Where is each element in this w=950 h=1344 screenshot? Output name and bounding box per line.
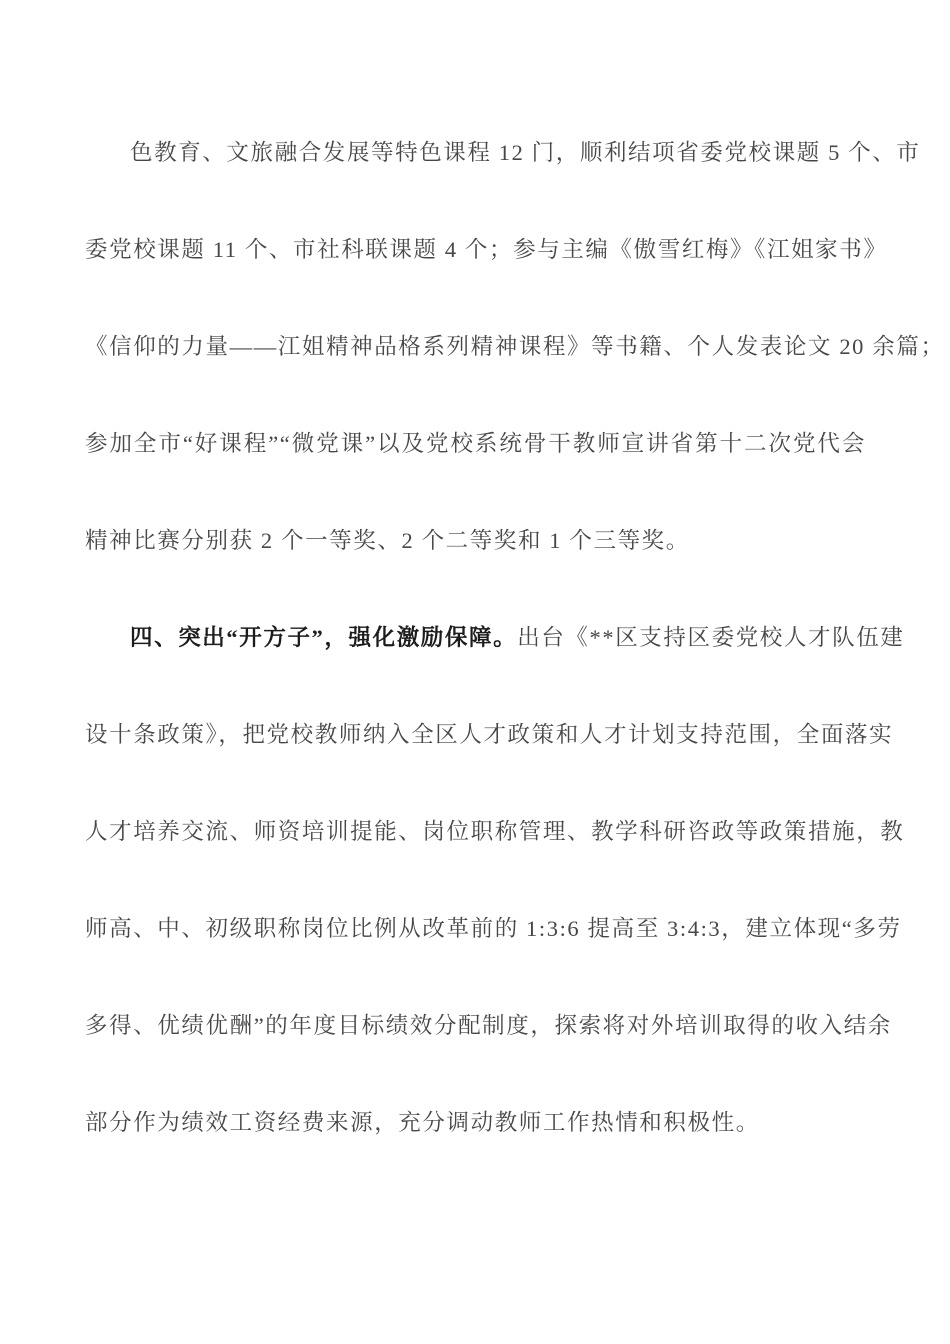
text-line: 人才培养交流、师资培训提能、岗位职称管理、教学科研咨政等政策措施，教 <box>85 783 866 880</box>
body-text-segment: 参加全市“好课程”“微党课”以及党校系统骨干教师宣讲省第十二次党代会 <box>85 431 866 456</box>
body-text-segment: 设十条政策》，把党校教师纳入全区人才政策和人才计划支持范围，全面落实 <box>85 722 893 747</box>
text-line: 精神比赛分别获 2 个一等奖、2 个二等奖和 1 个三等奖。 <box>85 492 866 589</box>
body-text-segment: 委党校课题 11 个、市社科联课题 4 个；参与主编《傲雪红梅》《江姐家书》 <box>85 237 887 262</box>
body-text-segment: 出台《**区支持区委党校人才队伍建 <box>517 625 904 650</box>
document-body: 色教育、文旅融合发展等特色课程 12 门，顺利结项省委党校课题 5 个、市委党校… <box>85 104 866 1171</box>
paragraph-section-four-incentives: 四、突出“开方子”，强化激励保障。出台《**区支持区委党校人才队伍建设十条政策》… <box>85 589 866 1171</box>
document-page: 色教育、文旅融合发展等特色课程 12 门，顺利结项省委党校课题 5 个、市委党校… <box>0 0 950 1344</box>
text-line: 四、突出“开方子”，强化激励保障。出台《**区支持区委党校人才队伍建 <box>85 589 866 686</box>
text-line: 色教育、文旅融合发展等特色课程 12 门，顺利结项省委党校课题 5 个、市 <box>85 104 866 201</box>
text-line: 《信仰的力量——江姐精神品格系列精神课程》等书籍、个人发表论文 20 余篇； <box>85 298 866 395</box>
text-line: 师高、中、初级职称岗位比例从改革前的 1:3:6 提高至 3:4:3，建立体现“… <box>85 880 866 977</box>
body-text-segment: 精神比赛分别获 2 个一等奖、2 个二等奖和 1 个三等奖。 <box>85 528 690 553</box>
body-text-segment: 师高、中、初级职称岗位比例从改革前的 1:3:6 提高至 3:4:3，建立体现“… <box>85 916 902 941</box>
text-line: 多得、优绩优酬”的年度目标绩效分配制度，探索将对外培训取得的收入结余 <box>85 977 866 1074</box>
text-line: 部分作为绩效工资经费来源，充分调动教师工作热情和积极性。 <box>85 1074 866 1171</box>
paragraph-achievements-continuation: 色教育、文旅融合发展等特色课程 12 门，顺利结项省委党校课题 5 个、市委党校… <box>85 104 866 589</box>
text-line: 参加全市“好课程”“微党课”以及党校系统骨干教师宣讲省第十二次党代会 <box>85 395 866 492</box>
text-line: 设十条政策》，把党校教师纳入全区人才政策和人才计划支持范围，全面落实 <box>85 686 866 783</box>
body-text-segment: 《信仰的力量——江姐精神品格系列精神课程》等书籍、个人发表论文 20 余篇； <box>85 334 945 359</box>
body-text-segment: 色教育、文旅融合发展等特色课程 12 门，顺利结项省委党校课题 5 个、市 <box>130 140 920 165</box>
text-line: 委党校课题 11 个、市社科联课题 4 个；参与主编《傲雪红梅》《江姐家书》 <box>85 201 866 298</box>
body-text-segment: 部分作为绩效工资经费来源，充分调动教师工作热情和积极性。 <box>85 1110 760 1135</box>
section-heading-bold-text: 四、突出“开方子”，强化激励保障。 <box>130 625 517 650</box>
body-text-segment: 多得、优绩优酬”的年度目标绩效分配制度，探索将对外培训取得的收入结余 <box>85 1013 892 1038</box>
body-text-segment: 人才培养交流、师资培训提能、岗位职称管理、教学科研咨政等政策措施，教 <box>85 819 904 844</box>
